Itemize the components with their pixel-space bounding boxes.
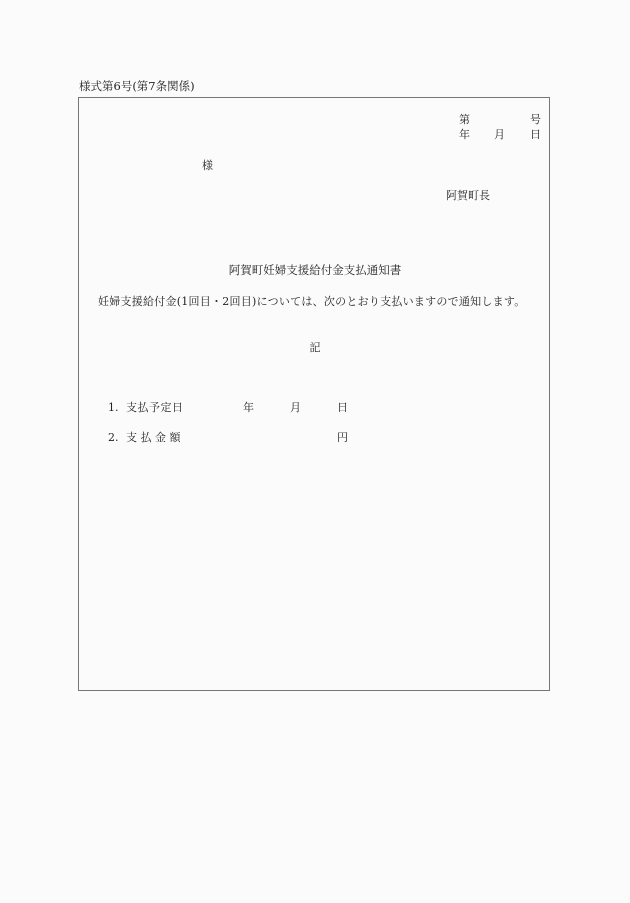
issuer-name: 阿賀町長: [446, 190, 490, 201]
item-day: 日: [337, 402, 348, 413]
recipient-honorific: 様: [202, 160, 213, 171]
date-month: 月: [494, 129, 505, 140]
item-number: 2.: [108, 432, 119, 443]
item-number: 1.: [108, 402, 119, 413]
date-day: 日: [530, 129, 541, 140]
item-year: 年: [243, 402, 254, 413]
number-prefix: 第: [459, 114, 470, 125]
ki-heading: 記: [0, 342, 630, 353]
item-month: 月: [290, 402, 301, 413]
body-paragraph: 妊婦支援給付金(1回目・2回目)については、次のとおり支払いますので通知します。: [86, 294, 546, 310]
item-label: 支払予定日: [126, 402, 184, 413]
number-suffix: 号: [530, 114, 541, 125]
date-year: 年: [459, 129, 470, 140]
form-number-label: 様式第6号(第7条関係): [79, 81, 195, 93]
item-label: 支 払 金 額: [126, 432, 181, 443]
document-title: 阿賀町妊婦支援給付金支払通知書: [0, 265, 630, 277]
document-frame: [78, 97, 550, 691]
item-unit: 円: [337, 432, 348, 443]
